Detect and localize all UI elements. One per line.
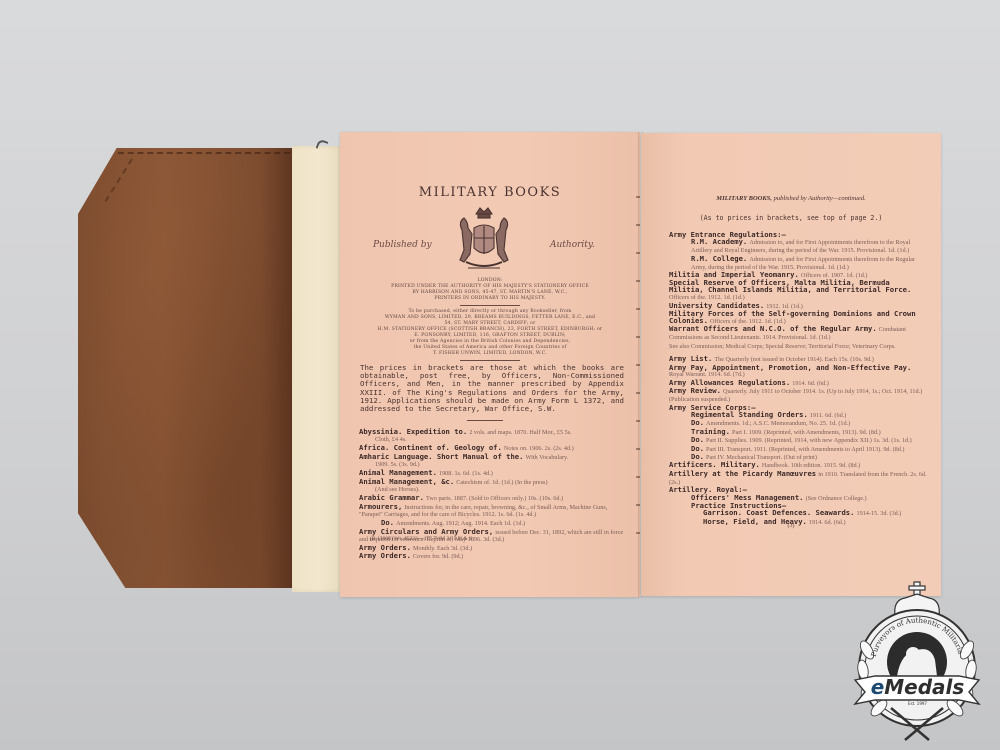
page-title: MILITARY BOOKS xyxy=(340,185,640,200)
list-item: Warrant Officers and N.C.O. of the Regul… xyxy=(669,326,927,342)
brand-wordmark: eMedals xyxy=(845,675,990,699)
list-item: Do. Part II. Supplies. 1909. (Reprinted,… xyxy=(669,437,927,445)
binding-stitches xyxy=(636,170,640,550)
list-item: Training. Part I. 1909. (Reprinted, with… xyxy=(669,429,927,437)
imprint-line: PRINTERS IN ORDINARY TO HIS MAJESTY. xyxy=(340,296,640,302)
list-item: Do. Part III. Transport. 1911. (Reprinte… xyxy=(669,446,927,454)
established-text: Est. 1997 xyxy=(845,701,990,706)
authority-text: Authority. xyxy=(550,240,595,250)
list-item: Regimental Standing Orders. 1911. 6d. (6… xyxy=(669,412,927,420)
book-list-continued: Army Entrance Regulations:— R.M. Academy… xyxy=(669,232,927,527)
cream-inner-cover xyxy=(292,146,344,592)
print-code-footer: (B 13906) Wt. 45233—477 7½M 3/15 H & S xyxy=(370,536,472,542)
left-page: MILITARY BOOKS Published by Authority. L… xyxy=(340,132,640,597)
divider xyxy=(460,360,520,361)
leather-wallet-flap xyxy=(78,148,293,588)
right-page: MILITARY BOOKS, published by Authority—c… xyxy=(641,133,941,596)
price-note: (As to prices in brackets, see top of pa… xyxy=(641,214,941,222)
list-item: Special Reserve of Officers, Malta Milit… xyxy=(669,280,927,302)
leather-stitching xyxy=(118,152,290,154)
emedals-watermark-logo: Purveyors of Authentic Militaria eMedals… xyxy=(845,580,990,750)
divider xyxy=(467,420,503,421)
list-item: Abyssinia. Expedition to. 2 vols. and ma… xyxy=(359,428,624,444)
laurel-seal-icon: Purveyors of Authentic Militaria xyxy=(845,580,990,750)
imprint-line: T. FISHER UNWIN, LIMITED, LONDON, W.C. xyxy=(340,351,640,357)
list-item: Amharic Language. Short Manual of the. W… xyxy=(359,453,624,469)
divider xyxy=(460,305,520,306)
list-item: Animal Management, &c. Catechism of. 1d.… xyxy=(359,478,624,494)
price-note-paragraph: The prices in brackets are those at whic… xyxy=(360,364,624,413)
photo-scene: MILITARY BOOKS Published by Authority. L… xyxy=(0,0,1000,750)
published-by-text: Published by xyxy=(373,240,432,250)
list-item: Armourers, Instructions for, in the care… xyxy=(359,503,624,519)
list-item: Army Orders. Covers for. 9d. (9d.) xyxy=(359,552,624,560)
list-item: See also Commission; Medical Corps; Spec… xyxy=(669,343,927,351)
running-head: MILITARY BOOKS, published by Authority—c… xyxy=(641,195,941,202)
page-number: (3) xyxy=(641,523,941,529)
royal-coat-of-arms-icon xyxy=(454,204,514,276)
publisher-imprint: LONDON: PRINTED UNDER THE AUTHORITY OF H… xyxy=(340,278,640,364)
